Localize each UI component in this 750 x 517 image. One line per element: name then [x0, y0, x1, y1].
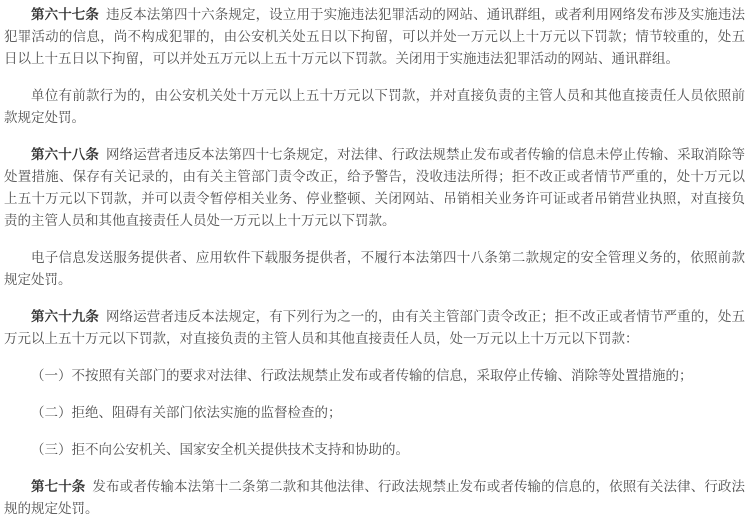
article-number: 第六十七条	[31, 7, 99, 22]
article-number: 第六十九条	[31, 309, 99, 324]
legal-paragraph: 电子信息发送服务提供者、应用软件下载服务提供者，不履行本法第四十八条第二款规定的…	[4, 247, 745, 291]
paragraph-text: 违反本法第四十六条规定，设立用于实施违法犯罪活动的网站、通讯群组，或者利用网络发…	[4, 7, 745, 66]
article-number: 第七十条	[31, 479, 85, 494]
article-number: 第六十八条	[31, 147, 99, 162]
legal-paragraph: 第六十八条网络运营者违反本法第四十七条规定，对法律、行政法规禁止发布或者传输的信…	[4, 144, 745, 232]
legal-list-item: （二）拒绝、阻碍有关部门依法实施的监督检查的；	[4, 402, 745, 424]
paragraph-text: （一）不按照有关部门的要求对法律、行政法规禁止发布或者传输的信息，采取停止传输、…	[31, 368, 693, 383]
document-page: 第六十七条违反本法第四十六条规定，设立用于实施违法犯罪活动的网站、通讯群组，或者…	[0, 0, 750, 517]
paragraph-text: 网络运营者违反本法规定，有下列行为之一的，由有关主管部门责令改正；拒不改正或者情…	[4, 309, 745, 346]
paragraph-text: 发布或者传输本法第十二条第二款和其他法律、行政法规禁止发布或者传输的信息的，依照…	[4, 479, 745, 516]
legal-paragraph: 第七十条发布或者传输本法第十二条第二款和其他法律、行政法规禁止发布或者传输的信息…	[4, 476, 745, 517]
paragraph-text: 单位有前款行为的，由公安机关处十万元以上五十万元以下罚款，并对直接负责的主管人员…	[4, 88, 745, 125]
paragraph-text: 网络运营者违反本法第四十七条规定，对法律、行政法规禁止发布或者传输的信息未停止传…	[4, 147, 745, 228]
legal-list-item: （三）拒不向公安机关、国家安全机关提供技术支持和协助的。	[4, 439, 745, 461]
paragraph-text: （三）拒不向公安机关、国家安全机关提供技术支持和协助的。	[31, 442, 409, 457]
legal-paragraph: 单位有前款行为的，由公安机关处十万元以上五十万元以下罚款，并对直接负责的主管人员…	[4, 85, 745, 129]
paragraph-text: 电子信息发送服务提供者、应用软件下载服务提供者，不履行本法第四十八条第二款规定的…	[4, 250, 745, 287]
legal-list-item: （一）不按照有关部门的要求对法律、行政法规禁止发布或者传输的信息，采取停止传输、…	[4, 365, 745, 387]
legal-paragraph: 第六十九条网络运营者违反本法规定，有下列行为之一的，由有关主管部门责令改正；拒不…	[4, 306, 745, 350]
legal-paragraph: 第六十七条违反本法第四十六条规定，设立用于实施违法犯罪活动的网站、通讯群组，或者…	[4, 4, 745, 70]
paragraph-text: （二）拒绝、阻碍有关部门依法实施的监督检查的；	[31, 405, 342, 420]
